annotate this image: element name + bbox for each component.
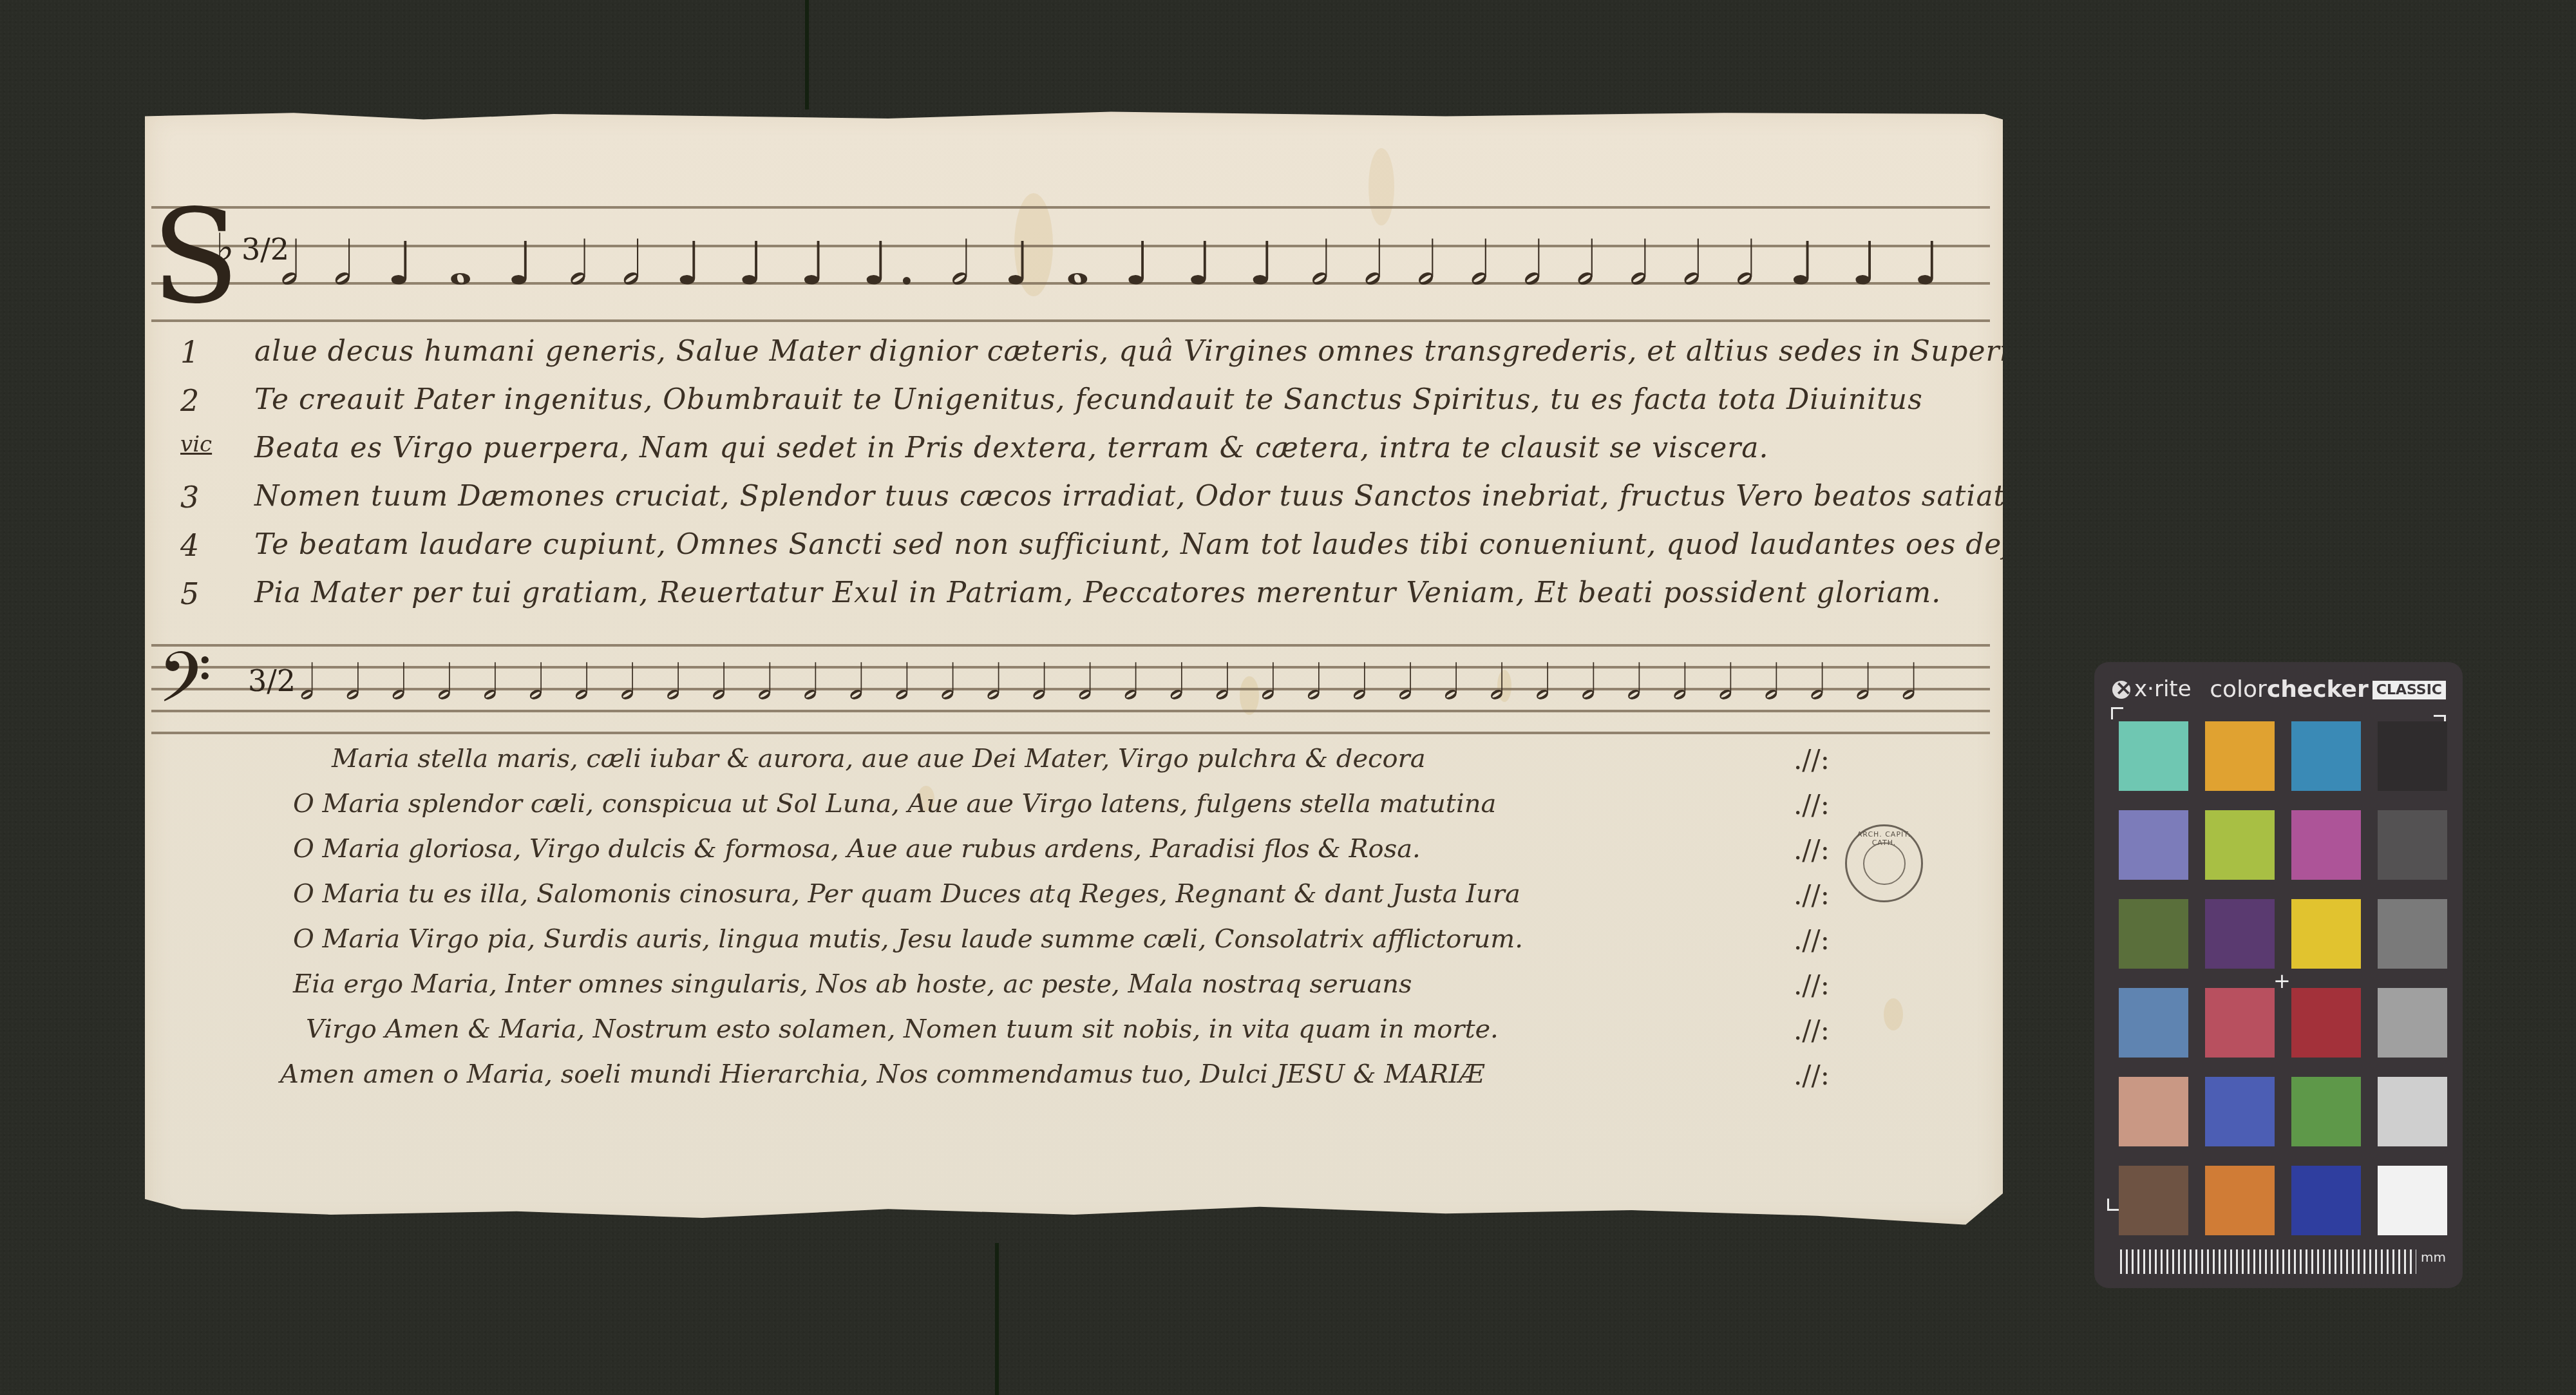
classic-badge: CLASSIC: [2372, 681, 2446, 699]
color-patch: [2378, 721, 2447, 791]
repeat-mark: .//:: [1794, 969, 1830, 1001]
foxing-stain: [1884, 998, 1903, 1030]
repeat-mark: .//:: [1794, 744, 1830, 775]
repeat-mark: .//:: [1794, 1059, 1830, 1091]
repeat-mark: .//:: [1794, 1014, 1830, 1046]
verse-number: 2: [180, 383, 199, 418]
lower-verse-row: Amen amen o Maria, soeli mundi Hierarchi…: [280, 1059, 1484, 1098]
brand-label: x·rite: [2134, 676, 2192, 702]
color-patch: [2378, 1077, 2447, 1146]
color-patch: [2119, 899, 2188, 969]
repeat-mark: .//:: [1794, 879, 1830, 911]
lower-verse-text: O Maria gloriosa, Virgo dulcis & formosa…: [293, 834, 1421, 864]
lower-verse-row: Maria stella maris, cæli iubar & aurora,…: [332, 744, 1426, 783]
color-patch: [2378, 1166, 2447, 1235]
color-patch: [2378, 899, 2447, 969]
lower-verse-row: Virgo Amen & Maria, Nostrum esto solamen…: [306, 1014, 1499, 1053]
upper-music-staff: S ♭ 3/2 𝅗𝅥 𝅗𝅥 ♩ 𝅝 ♩ 𝅗𝅥 𝅗𝅥 ♩ ♩ ♩ ♩. 𝅗𝅥 ♩ …: [151, 206, 1990, 328]
color-patch: [2291, 899, 2361, 969]
verse-row: 5 Pia Mater per tui gratiam, Reuertatur …: [145, 576, 2003, 618]
bass-clef: 𝄢: [158, 638, 212, 734]
verse-number: vic: [180, 432, 212, 457]
lower-verse-text: O Maria Virgo pia, Surdis auris, lingua …: [293, 924, 1523, 954]
lower-verse-text: O Maria splendor cæli, conspicua ut Sol …: [293, 789, 1496, 819]
color-checker-card: x·rite colorcheckerCLASSIC + mm: [2094, 662, 2463, 1288]
mm-ruler: [2120, 1243, 2416, 1274]
lower-music-staff: 𝄢 3/2 𝅗𝅥 𝅗𝅥 𝅗𝅥 𝅗𝅥 𝅗𝅥 𝅗𝅥 𝅗𝅥 𝅗𝅥 𝅗𝅥 𝅗𝅥 𝅗𝅥 𝅗…: [151, 644, 1990, 754]
lower-verse-row: O Maria splendor cæli, conspicua ut Sol …: [293, 789, 1496, 828]
xrite-icon: [2112, 681, 2130, 699]
verse-row: 4 Te beatam laudare cupiunt, Omnes Sanct…: [145, 528, 2003, 569]
repeat-mark: .//:: [1794, 834, 1830, 866]
corner-mark-icon: [2107, 1199, 2119, 1211]
lower-verse-row: O Maria Virgo pia, Surdis auris, lingua …: [293, 924, 1523, 963]
manuscript-sheet: S ♭ 3/2 𝅗𝅥 𝅗𝅥 ♩ 𝅝 ♩ 𝅗𝅥 𝅗𝅥 ♩ ♩ ♩ ♩. 𝅗𝅥 ♩ …: [145, 109, 2003, 1227]
verse-text: Nomen tuum Dæmones cruciat, Splendor tuu…: [254, 480, 2015, 513]
corner-mark-icon: [2111, 707, 2123, 719]
color-patch: [2291, 810, 2361, 880]
repeat-mark: .//:: [1794, 789, 1830, 821]
color-patch: [2205, 899, 2275, 969]
color-patch: [2378, 988, 2447, 1058]
lower-verse-text: Amen amen o Maria, soeli mundi Hierarchi…: [280, 1059, 1484, 1089]
time-signature: 3/2: [248, 663, 296, 698]
lower-verse-row: O Maria gloriosa, Virgo dulcis & formosa…: [293, 834, 1421, 873]
verse-number: 4: [180, 528, 199, 563]
verse-row: 3 Nomen tuum Dæmones cruciat, Splendor t…: [145, 480, 2003, 521]
repeat-mark: .//:: [1794, 924, 1830, 956]
stamp-inner-ring: [1863, 842, 1906, 885]
verse-row: 1 alue decus humani generis, Salue Mater…: [145, 335, 2003, 376]
crosshair-icon: +: [2273, 969, 2291, 993]
color-patch: [2119, 810, 2188, 880]
color-patch: [2119, 721, 2188, 791]
lower-verse-text: Virgo Amen & Maria, Nostrum esto solamen…: [306, 1014, 1499, 1044]
color-patch: [2205, 988, 2275, 1058]
color-patch: [2119, 988, 2188, 1058]
color-patch: [2378, 810, 2447, 880]
key-signature-flat: ♭: [216, 225, 234, 270]
color-patch: [2205, 721, 2275, 791]
color-patch: [2205, 810, 2275, 880]
color-patch: [2119, 1077, 2188, 1146]
color-patch: [2291, 1166, 2361, 1235]
background-seam: [995, 1243, 999, 1395]
archive-stamp: ARCH. CAPIT. CATH.: [1845, 824, 1923, 902]
verse-number: 5: [180, 576, 199, 611]
color-patch: [2119, 1166, 2188, 1235]
verse-text: Te beatam laudare cupiunt, Omnes Sancti …: [254, 528, 2108, 561]
verse-number: 1: [180, 335, 199, 370]
verse-text: alue decus humani generis, Salue Mater d…: [254, 335, 2034, 368]
verse-text: Beata es Virgo puerpera, Nam qui sedet i…: [254, 432, 1769, 464]
lower-staff-notes: 𝅗𝅥 𝅗𝅥 𝅗𝅥 𝅗𝅥 𝅗𝅥 𝅗𝅥 𝅗𝅥 𝅗𝅥 𝅗𝅥 𝅗𝅥 𝅗𝅥 𝅗𝅥 𝅗𝅥 𝅗…: [299, 650, 1938, 715]
colorchecker-title: colorcheckerCLASSIC: [2210, 676, 2446, 703]
verse-number: 3: [180, 480, 199, 515]
stamp-text: ARCH. CAPIT. CATH.: [1847, 830, 1921, 847]
color-patch: [2205, 1077, 2275, 1146]
color-patch: [2291, 988, 2361, 1058]
lower-verse-row: O Maria tu es illa, Salomonis cinosura, …: [293, 879, 1520, 918]
verse-text: Te creauit Pater ingenitus, Obumbrauit t…: [254, 383, 1923, 416]
lower-verse-row: Eia ergo Maria, Inter omnes singularis, …: [293, 969, 1412, 1008]
lower-verse-text: Maria stella maris, cæli iubar & aurora,…: [332, 744, 1426, 773]
verse-row: 2 Te creauit Pater ingenitus, Obumbrauit…: [145, 383, 2003, 424]
title-light: color: [2210, 676, 2267, 703]
xrite-logo: x·rite: [2112, 676, 2192, 702]
color-patch: [2291, 1077, 2361, 1146]
color-patch: [2205, 1166, 2275, 1235]
verse-row: vic Beata es Virgo puerpera, Nam qui sed…: [145, 432, 2003, 473]
title-bold: checker: [2267, 676, 2369, 703]
verse-text: Pia Mater per tui gratiam, Reuertatur Ex…: [254, 576, 1941, 609]
lower-verse-text: Eia ergo Maria, Inter omnes singularis, …: [293, 969, 1412, 999]
background-seam: [805, 0, 809, 109]
lower-verse-text: O Maria tu es illa, Salomonis cinosura, …: [293, 879, 1520, 909]
ruler-unit: mm: [2421, 1249, 2446, 1265]
color-patch: [2291, 721, 2361, 791]
upper-staff-notes: 𝅗𝅥 𝅗𝅥 ♩ 𝅝 ♩ 𝅗𝅥 𝅗𝅥 ♩ ♩ ♩ ♩. 𝅗𝅥 ♩ 𝅝 ♩ ♩ ♩ …: [280, 225, 1938, 303]
